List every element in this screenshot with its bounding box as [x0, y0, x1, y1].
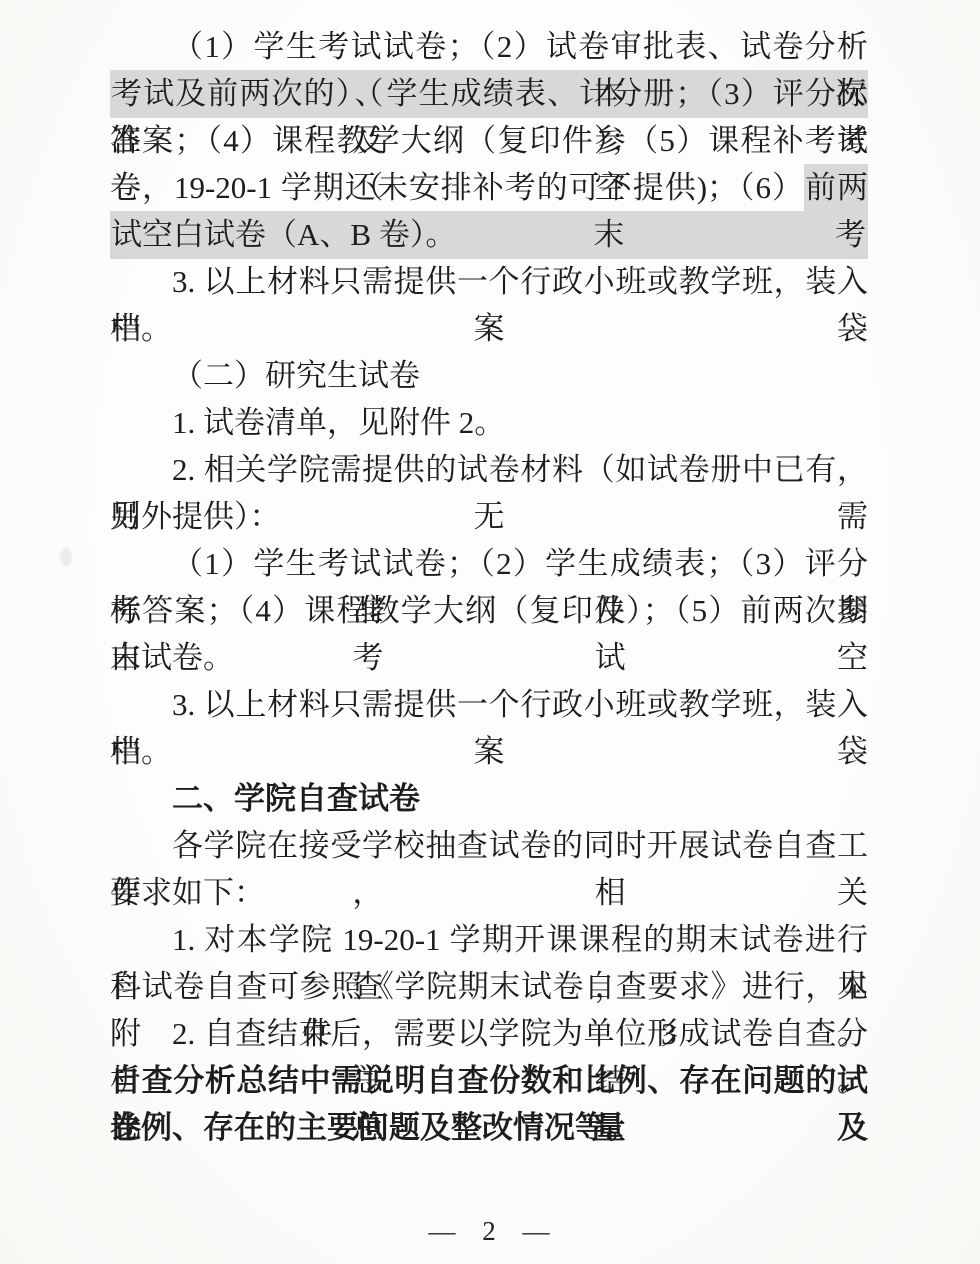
text-line: （1）学生考试试卷；（2）学生成绩表；（3）评分标准及参 [110, 540, 868, 587]
text-segment: 二、学院自查试卷 [172, 781, 420, 816]
text-line: 考试及前两次的）、学生成绩表、计分册；（3）评分标准及参考 [110, 70, 868, 117]
text-line: 1. 对本学院 19-20-1 学期开课课程的期末试卷进行自查，本 [110, 916, 868, 963]
text-line: 3. 以上材料只需提供一个行政小班或教学班，装入档案袋 [110, 258, 868, 305]
text-line: 1. 试卷清单，见附件 2。 [110, 399, 868, 446]
text-segment: 要求如下： [110, 875, 265, 910]
footer-dash-left: — [429, 1213, 456, 1249]
text-line: 自查分析总结中需说明自查份数和比例、存在问题的试卷总量及 [110, 1057, 868, 1104]
text-segment: 比例、存在的主要问题及整改情况等。 [110, 1110, 637, 1145]
highlighted-text-segment: 试空白试卷（A、B 卷）。 [110, 211, 458, 259]
text-line: 二、学院自查试卷 [110, 775, 868, 822]
text-segment: 3. 以上材料只需提供一个行政小班或教学班，装入档案袋 [110, 264, 868, 346]
text-line: 各学院在接受学校抽查试卷的同时开展试卷自查工作，相关 [110, 822, 868, 869]
document-body: （1）学生考试试卷；（2）试卷审批表、试卷分析表（本次考试及前两次的）、学生成绩… [110, 23, 868, 1151]
text-segment: 3. 以上材料只需提供一个行政小班或教学班，装入档案袋 [110, 687, 868, 769]
text-segment: 1. 试卷清单，见附件 2。 [172, 405, 505, 440]
text-line: 科试卷自查可参照《学院期末试卷自查要求》进行，见附件 3。 [110, 963, 868, 1010]
text-line: 答案；（4）课程教学大纲（复印件）；（5）课程补考试卷（空白 [110, 117, 868, 164]
text-segment: 白试卷。 [110, 640, 234, 675]
text-segment: 另外提供）： [110, 499, 281, 534]
text-line: 3. 以上材料只需提供一个行政小班或教学班，装入档案袋 [110, 681, 868, 728]
text-line: 考答案；（4）课程教学大纲（复印件）；（5）前两次期末考试空 [110, 587, 868, 634]
page-number: 2 [482, 1213, 496, 1249]
page-footer: — 2 — [110, 1213, 868, 1249]
text-line: （二）研究生试卷 [110, 352, 868, 399]
text-line: 2. 自查结束后，需要以学院为单位形成试卷自查分析总结。 [110, 1010, 868, 1057]
highlighted-text-segment: 考试及前两次的） [110, 70, 354, 118]
scan-artifact [60, 548, 72, 566]
text-segment: 中。 [110, 311, 172, 346]
text-line: 卷，19-20-1 学期还未安排补考的可不提供)；（6）前两次期末考 [110, 164, 868, 211]
text-segment: 卷，19-20-1 学期还未安排补考的可不提供)；（6） [110, 170, 804, 205]
text-line: 2. 相关学院需提供的试卷材料（如试卷册中已有，则无需 [110, 446, 868, 493]
text-segment: 中。 [110, 734, 172, 769]
footer-dash-right: — [523, 1213, 550, 1249]
text-line: （1）学生考试试卷；（2）试卷审批表、试卷分析表（本次 [110, 23, 868, 70]
text-segment: （二）研究生试卷 [172, 358, 420, 393]
